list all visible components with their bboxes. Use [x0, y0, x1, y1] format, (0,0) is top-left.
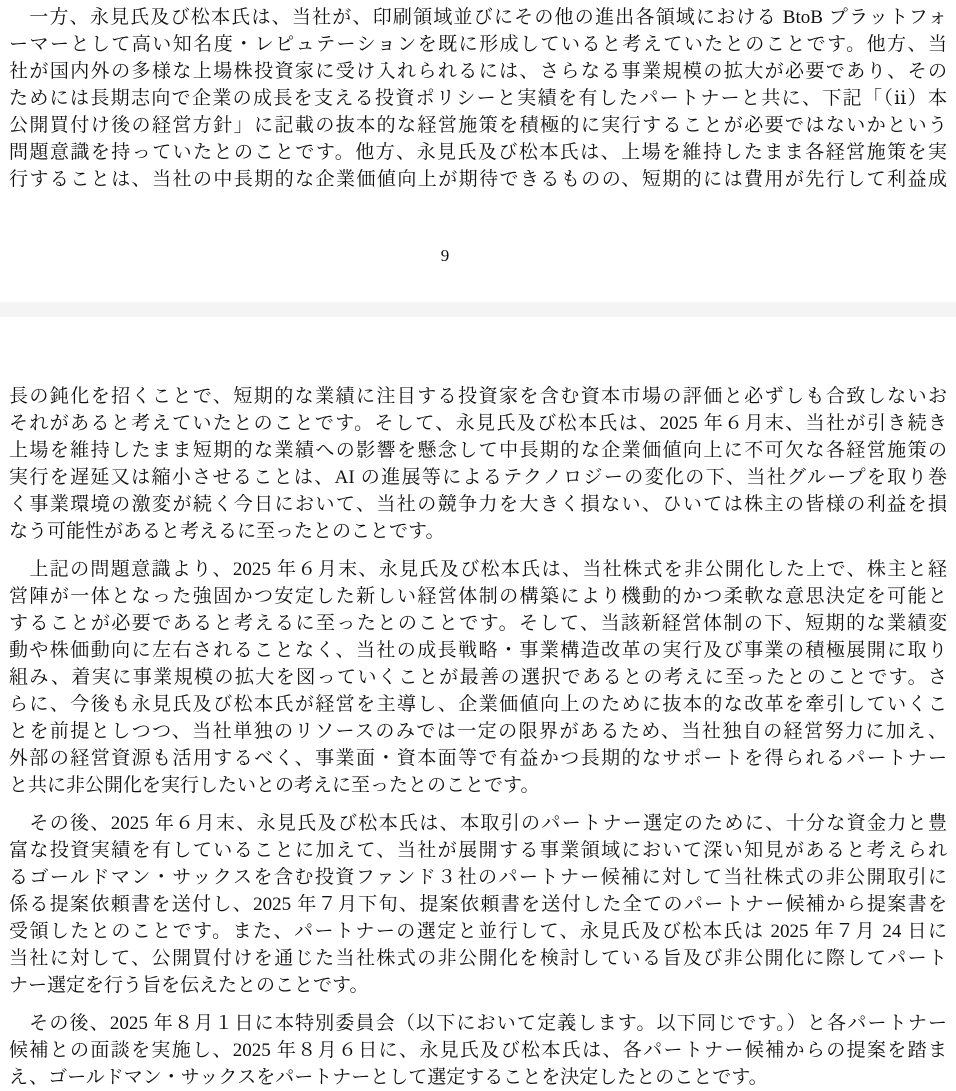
- text-line: るゴールドマン・サックスを含む投資ファンド３社のパートナー候補に対して当社株式の…: [9, 864, 947, 891]
- text-line: と共に非公開化を実行したいとの考えに至ったとのことです。: [9, 772, 947, 799]
- text-line: 候補との面談を実施し、2025 年８月６日に、永見氏及び松本氏は、各パートナー候…: [9, 1037, 947, 1064]
- text-line: 実行を遅延又は縮小させることは、AI の進展等によるテクノロジーの変化の下、当社…: [9, 464, 947, 491]
- paragraph-partner-decision: その後、2025 年８月１日に本特別委員会（以下において定義します。以下同じです…: [9, 1010, 947, 1091]
- text-line: その後、2025 年８月１日に本特別委員会（以下において定義します。以下同じです…: [9, 1010, 947, 1037]
- text-line: 当社に対して、公開買付けを通じた当社株式の非公開化を検討している旨及び非公開化に…: [9, 945, 947, 972]
- text-line: 係る提案依頼書を送付し、2025 年７月下旬、提案依頼書を送付した全てのパートナ…: [9, 891, 947, 918]
- text-line: 問題意識を持っていたとのことです。他方、永見氏及び松本氏は、上場を維持したまま各…: [9, 139, 947, 166]
- text-line: その後、2025 年６月末、永見氏及び松本氏は、本取引のパートナー選定のために、…: [9, 810, 947, 837]
- text-line: 行することは、当社の中長期的な企業価値向上が期待できるものの、短期的には費用が先…: [9, 166, 947, 193]
- text-line: 組み、着実に事業規模の拡大を図っていくことが最善の選択であるとの考えに至ったとの…: [9, 664, 947, 691]
- text-line: それがあると考えていたとのことです。そして、永見氏及び松本氏は、2025 年６月…: [9, 410, 947, 437]
- text-line: 営陣が一体となった強固かつ安定した新しい経営体制の構築により機動的かつ柔軟な意思…: [9, 583, 947, 610]
- text-line: え、ゴールドマン・サックスをパートナーとして選定することを決定したとのことです。: [9, 1064, 947, 1091]
- paragraph-partner-selection: その後、2025 年６月末、永見氏及び松本氏は、本取引のパートナー選定のために、…: [9, 810, 947, 999]
- text-line: ナー選定を行う旨を伝えたとのことです。: [9, 972, 947, 999]
- text-line: 社が国内外の多様な上場株投資家に受け入れられるには、さらなる事業規模の拡大が必要…: [9, 58, 947, 85]
- text-line: することが必要であると考えるに至ったとのことです。そして、当該新経営体制の下、短…: [9, 610, 947, 637]
- page-10-top: 長の鈍化を招くことで、短期的な業績に注目する投資家を含む資本市場の評価と必ずしも…: [0, 317, 956, 1091]
- document-viewer: { "document": { "background": "#ffffff",…: [0, 0, 956, 1091]
- page-separator: [0, 302, 956, 317]
- text-line: 一方、永見氏及び松本氏は、当社が、印刷領域並びにその他の進出各領域における Bt…: [9, 4, 947, 31]
- paragraph-continuation: 長の鈍化を招くことで、短期的な業績に注目する投資家を含む資本市場の評価と必ずしも…: [9, 383, 947, 545]
- text-line: とを前提としつつ、当社単独のリソースのみでは一定の限界があるため、当社独自の経営…: [9, 718, 947, 745]
- text-line: なう可能性があると考えるに至ったとのことです。: [9, 518, 947, 545]
- text-line: ためには長期志向で企業の成長を支える投資ポリシーと実績を有したパートナーと共に、…: [9, 85, 947, 112]
- text-line: 外部の経営資源も活用するべく、事業面・資本面等で有益かつ長期的なサポートを得られ…: [9, 745, 947, 772]
- page-number: 9: [9, 246, 947, 266]
- paragraph-privatization-rationale: 上記の問題意識より、2025 年６月末、永見氏及び松本氏は、当社株式を非公開化し…: [9, 556, 947, 799]
- text-line: 富な投資実績を有していることに加えて、当社が展開する事業領域において深い知見があ…: [9, 837, 947, 864]
- text-line: 上記の問題意識より、2025 年６月末、永見氏及び松本氏は、当社株式を非公開化し…: [9, 556, 947, 583]
- text-line: 動や株価動向に左右されることなく、当社の成長戦略・事業構造改革の実行及び事業の積…: [9, 637, 947, 664]
- text-line: 上場を維持したまま短期的な業績への影響を懸念して中長期的な企業価値向上に不可欠な…: [9, 437, 947, 464]
- text-line: く事業環境の激変が続く今日において、当社の競争力を大きく損ない、ひいては株主の皆…: [9, 491, 947, 518]
- page-9-bottom: 一方、永見氏及び松本氏は、当社が、印刷領域並びにその他の進出各領域における Bt…: [0, 0, 956, 266]
- text-line: らに、今後も永見氏及び松本氏が経営を主導し、企業価値向上のために抜本的な改革を牽…: [9, 691, 947, 718]
- text-line: 公開買付け後の経営方針」に記載の抜本的な経営施策を積極的に実行することが必要では…: [9, 112, 947, 139]
- text-line: 長の鈍化を招くことで、短期的な業績に注目する投資家を含む資本市場の評価と必ずしも…: [9, 383, 947, 410]
- text-line: ーマーとして高い知名度・レピュテーションを既に形成していると考えていたとのことで…: [9, 31, 947, 58]
- page-9-paragraph-fragment: 一方、永見氏及び松本氏は、当社が、印刷領域並びにその他の進出各領域における Bt…: [9, 4, 947, 193]
- text-line: 受領したとのことです。また、パートナーの選定と並行して、永見氏及び松本氏は 20…: [9, 918, 947, 945]
